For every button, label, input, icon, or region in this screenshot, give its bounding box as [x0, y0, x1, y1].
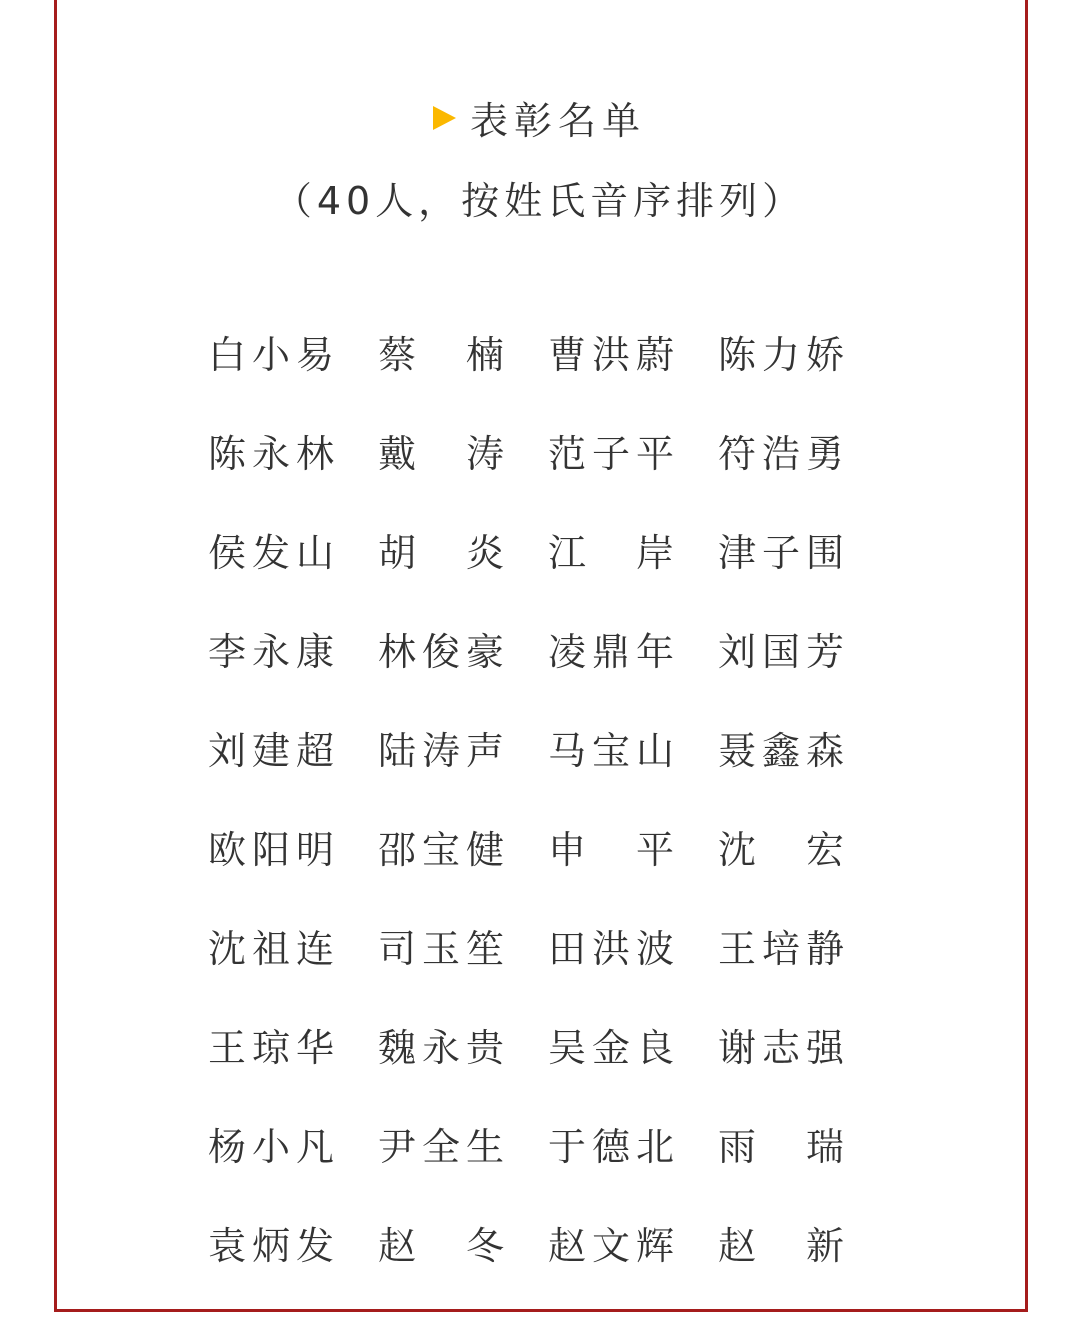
- name-char: 勇: [806, 423, 850, 478]
- name-row: 王琼华 魏永贵 吴金良 谢志强: [208, 995, 888, 1094]
- name-char: 健: [466, 819, 510, 874]
- name-char: 田: [548, 918, 592, 973]
- name-entry: 林俊豪: [378, 621, 548, 676]
- name-char: 侯: [208, 522, 252, 577]
- name-char: 永: [422, 1017, 466, 1072]
- name-char: 蔚: [636, 324, 680, 379]
- heading-title: 表彰名单: [470, 90, 646, 145]
- name-entry: 欧阳明: [208, 819, 378, 874]
- name-entry: 赵新: [718, 1215, 888, 1270]
- name-entry: 田洪波: [548, 918, 718, 973]
- name-char: 芳: [806, 621, 850, 676]
- name-char: 谢: [718, 1017, 762, 1072]
- name-char: 小: [252, 1116, 296, 1171]
- name-char: 司: [378, 918, 422, 973]
- name-char: 建: [252, 720, 296, 775]
- name-char: 刘: [208, 720, 252, 775]
- name-entry: 谢志强: [718, 1017, 888, 1072]
- name-char: 静: [806, 918, 850, 973]
- name-char: 宏: [806, 819, 850, 874]
- name-entry: 刘建超: [208, 720, 378, 775]
- name-char: 杨: [208, 1116, 252, 1171]
- triangle-marker-icon: [433, 106, 456, 130]
- name-row: 白小易 蔡楠 曹洪蔚 陈力娇: [208, 302, 888, 401]
- name-char: [422, 522, 466, 577]
- name-char: 琼: [252, 1017, 296, 1072]
- name-char: 岸: [636, 522, 680, 577]
- name-char: 连: [296, 918, 340, 973]
- name-char: 冬: [466, 1215, 510, 1270]
- name-char: 新: [806, 1215, 850, 1270]
- name-char: [422, 1215, 466, 1270]
- name-char: 力: [762, 324, 806, 379]
- name-char: 鑫: [762, 720, 806, 775]
- name-entry: 蔡楠: [378, 324, 548, 379]
- name-char: 良: [636, 1017, 680, 1072]
- name-char: 魏: [378, 1017, 422, 1072]
- name-entry: 杨小凡: [208, 1116, 378, 1171]
- name-entry: 王培静: [718, 918, 888, 973]
- name-char: 笙: [466, 918, 510, 973]
- name-char: 王: [718, 918, 762, 973]
- heading-subtitle: （40人，按姓氏音序排列）: [0, 170, 1079, 225]
- name-char: [762, 1215, 806, 1270]
- name-char: 山: [636, 720, 680, 775]
- name-char: 北: [636, 1116, 680, 1171]
- name-char: 德: [592, 1116, 636, 1171]
- name-char: 辉: [636, 1215, 680, 1270]
- name-char: 炎: [466, 522, 510, 577]
- name-char: 易: [296, 324, 340, 379]
- name-char: 华: [296, 1017, 340, 1072]
- name-char: 永: [252, 621, 296, 676]
- name-entry: 陆涛声: [378, 720, 548, 775]
- name-entry: 沈宏: [718, 819, 888, 874]
- name-char: 赵: [548, 1215, 592, 1270]
- name-char: 津: [718, 522, 762, 577]
- name-char: 豪: [466, 621, 510, 676]
- name-char: 波: [636, 918, 680, 973]
- name-char: 俊: [422, 621, 466, 676]
- name-char: 国: [762, 621, 806, 676]
- name-char: [592, 522, 636, 577]
- name-row: 袁炳发 赵冬 赵文辉 赵新: [208, 1193, 888, 1292]
- name-char: 炳: [252, 1215, 296, 1270]
- name-entry: 申平: [548, 819, 718, 874]
- name-entry: 曹洪蔚: [548, 324, 718, 379]
- name-char: 玉: [422, 918, 466, 973]
- name-char: 瑞: [806, 1116, 850, 1171]
- name-entry: 符浩勇: [718, 423, 888, 478]
- name-char: 尹: [378, 1116, 422, 1171]
- name-char: 吴: [548, 1017, 592, 1072]
- name-char: 涛: [422, 720, 466, 775]
- name-char: 聂: [718, 720, 762, 775]
- name-char: 雨: [718, 1116, 762, 1171]
- name-char: 娇: [806, 324, 850, 379]
- name-char: 袁: [208, 1215, 252, 1270]
- name-char: 永: [252, 423, 296, 478]
- name-char: 年: [636, 621, 680, 676]
- name-char: 子: [592, 423, 636, 478]
- name-char: 赵: [378, 1215, 422, 1270]
- name-entry: 刘国芳: [718, 621, 888, 676]
- name-char: 蔡: [378, 324, 422, 379]
- name-char: 沈: [718, 819, 762, 874]
- name-entry: 戴涛: [378, 423, 548, 478]
- name-char: 陈: [208, 423, 252, 478]
- name-entry: 赵文辉: [548, 1215, 718, 1270]
- name-entry: 范子平: [548, 423, 718, 478]
- honor-list: 白小易 蔡楠 曹洪蔚 陈力娇 陈永林 戴涛 范子平 符浩勇 侯发山 胡炎 江岸 …: [208, 302, 888, 1292]
- name-char: 子: [762, 522, 806, 577]
- section-heading: 表彰名单: [0, 92, 1079, 142]
- name-char: 林: [378, 621, 422, 676]
- name-entry: 津子围: [718, 522, 888, 577]
- name-char: 刘: [718, 621, 762, 676]
- name-row: 陈永林 戴涛 范子平 符浩勇: [208, 401, 888, 500]
- name-char: 宝: [592, 720, 636, 775]
- name-entry: 陈力娇: [718, 324, 888, 379]
- name-entry: 魏永贵: [378, 1017, 548, 1072]
- name-char: 明: [296, 819, 340, 874]
- name-char: 凌: [548, 621, 592, 676]
- name-char: [422, 324, 466, 379]
- name-entry: 李永康: [208, 621, 378, 676]
- name-char: 平: [636, 819, 680, 874]
- name-char: 胡: [378, 522, 422, 577]
- name-char: 曹: [548, 324, 592, 379]
- name-row: 杨小凡 尹全生 于德北 雨瑞: [208, 1094, 888, 1193]
- name-char: 小: [252, 324, 296, 379]
- name-char: [422, 423, 466, 478]
- name-char: 发: [296, 1215, 340, 1270]
- name-row: 刘建超 陆涛声 马宝山 聂鑫森: [208, 698, 888, 797]
- name-char: 申: [548, 819, 592, 874]
- name-char: 符: [718, 423, 762, 478]
- name-entry: 侯发山: [208, 522, 378, 577]
- name-char: 文: [592, 1215, 636, 1270]
- name-char: 全: [422, 1116, 466, 1171]
- name-char: 陈: [718, 324, 762, 379]
- name-entry: 凌鼎年: [548, 621, 718, 676]
- name-entry: 白小易: [208, 324, 378, 379]
- name-row: 李永康 林俊豪 凌鼎年 刘国芳: [208, 599, 888, 698]
- name-entry: 赵冬: [378, 1215, 548, 1270]
- name-entry: 司玉笙: [378, 918, 548, 973]
- name-entry: 马宝山: [548, 720, 718, 775]
- name-char: 陆: [378, 720, 422, 775]
- name-char: 阳: [252, 819, 296, 874]
- name-entry: 王琼华: [208, 1017, 378, 1072]
- name-char: 沈: [208, 918, 252, 973]
- name-row: 欧阳明 邵宝健 申平 沈宏: [208, 797, 888, 896]
- name-entry: 于德北: [548, 1116, 718, 1171]
- name-char: 祖: [252, 918, 296, 973]
- name-char: 鼎: [592, 621, 636, 676]
- name-entry: 雨瑞: [718, 1116, 888, 1171]
- name-char: 洪: [592, 324, 636, 379]
- name-entry: 胡炎: [378, 522, 548, 577]
- name-char: 于: [548, 1116, 592, 1171]
- name-char: 马: [548, 720, 592, 775]
- name-char: 金: [592, 1017, 636, 1072]
- name-char: 培: [762, 918, 806, 973]
- name-entry: 袁炳发: [208, 1215, 378, 1270]
- name-char: 平: [636, 423, 680, 478]
- name-char: 强: [806, 1017, 850, 1072]
- name-char: 超: [296, 720, 340, 775]
- name-char: 围: [806, 522, 850, 577]
- name-char: 林: [296, 423, 340, 478]
- name-char: 赵: [718, 1215, 762, 1270]
- name-char: 邵: [378, 819, 422, 874]
- name-row: 沈祖连 司玉笙 田洪波 王培静: [208, 896, 888, 995]
- name-char: 浩: [762, 423, 806, 478]
- name-char: 洪: [592, 918, 636, 973]
- name-char: 山: [296, 522, 340, 577]
- name-row: 侯发山 胡炎 江岸 津子围: [208, 500, 888, 599]
- name-char: 涛: [466, 423, 510, 478]
- name-char: 志: [762, 1017, 806, 1072]
- name-char: [762, 819, 806, 874]
- name-char: 王: [208, 1017, 252, 1072]
- name-char: 声: [466, 720, 510, 775]
- name-char: 欧: [208, 819, 252, 874]
- name-char: 范: [548, 423, 592, 478]
- name-entry: 沈祖连: [208, 918, 378, 973]
- name-entry: 邵宝健: [378, 819, 548, 874]
- name-char: 宝: [422, 819, 466, 874]
- name-char: 白: [208, 324, 252, 379]
- name-char: 凡: [296, 1116, 340, 1171]
- name-entry: 吴金良: [548, 1017, 718, 1072]
- name-char: 发: [252, 522, 296, 577]
- name-char: 戴: [378, 423, 422, 478]
- name-entry: 陈永林: [208, 423, 378, 478]
- name-char: [592, 819, 636, 874]
- name-char: 江: [548, 522, 592, 577]
- name-char: 生: [466, 1116, 510, 1171]
- name-char: 贵: [466, 1017, 510, 1072]
- name-char: 楠: [466, 324, 510, 379]
- name-char: 李: [208, 621, 252, 676]
- name-char: 森: [806, 720, 850, 775]
- name-entry: 江岸: [548, 522, 718, 577]
- name-entry: 尹全生: [378, 1116, 548, 1171]
- name-char: 康: [296, 621, 340, 676]
- name-entry: 聂鑫森: [718, 720, 888, 775]
- name-char: [762, 1116, 806, 1171]
